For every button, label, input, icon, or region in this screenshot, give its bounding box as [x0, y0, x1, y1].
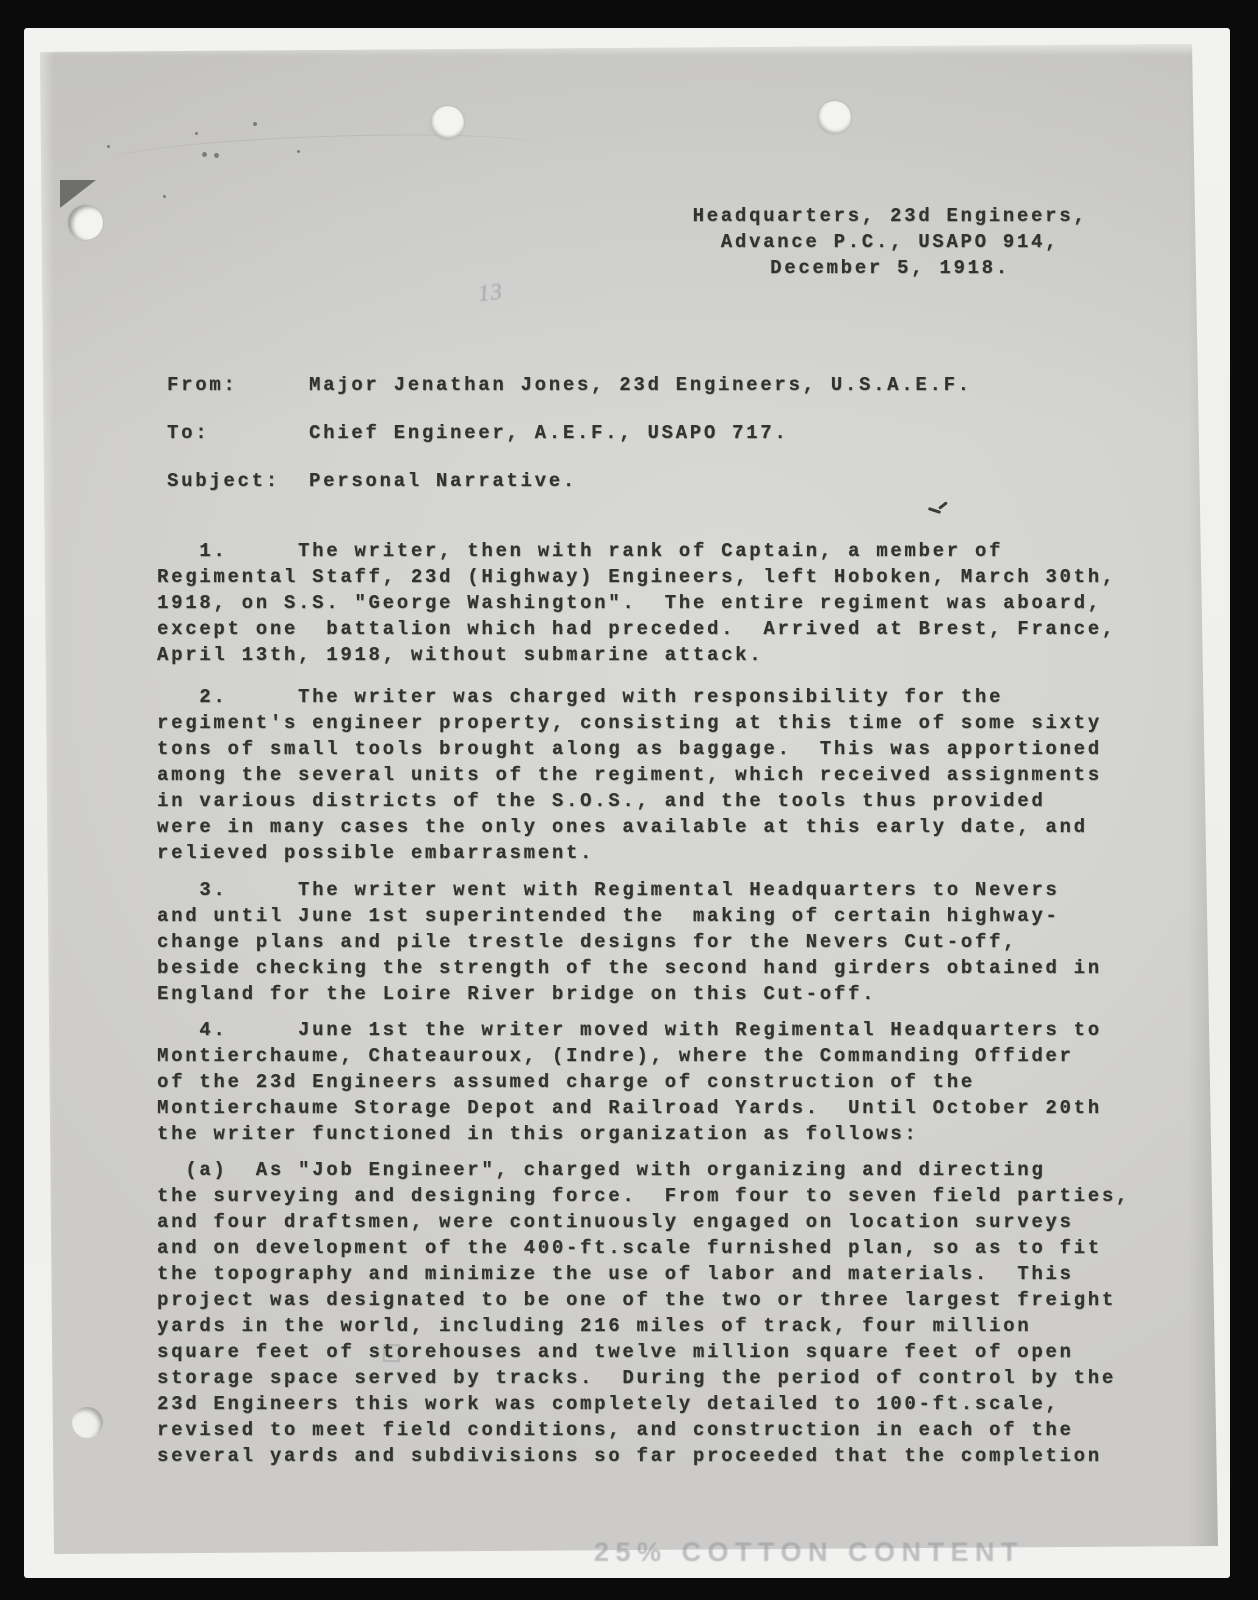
- address-row-label: Subject:: [167, 468, 309, 494]
- typed-line: Montierchaume, Chateauroux, (Indre), whe…: [157, 1043, 1152, 1069]
- paper-watermark: 25% COTTON CONTENT: [594, 1537, 1024, 1568]
- ink-speck: [195, 132, 198, 135]
- typed-line: regiment's engineer property, consisting…: [157, 710, 1152, 736]
- typed-line: (a) As "Job Engineer", charged with orga…: [157, 1157, 1152, 1183]
- letter-paragraph: (a) As "Job Engineer", charged with orga…: [157, 1157, 1152, 1469]
- typed-line: December 5, 1918.: [600, 255, 1180, 281]
- address-row-label: To:: [167, 420, 309, 446]
- typed-line: Montierchaume Storage Depot and Railroad…: [157, 1095, 1152, 1121]
- typed-line: 1918, on S.S. "George Washington". The e…: [157, 590, 1152, 616]
- folded-corner-mark: [60, 180, 96, 208]
- typed-line: several yards and subdivisions so far pr…: [157, 1443, 1152, 1469]
- typed-line: England for the Loire River bridge on th…: [157, 981, 1152, 1007]
- typed-line: 2. The writer was charged with responsib…: [157, 684, 1152, 710]
- ink-speck: [163, 195, 166, 198]
- faint-pencil-mark: 13: [477, 279, 505, 307]
- typed-line: 23d Engineers this work was completely d…: [157, 1391, 1152, 1417]
- typed-line: project was designated to be one of the …: [157, 1287, 1152, 1313]
- typed-line: were in many cases the only ones availab…: [157, 814, 1152, 840]
- typed-line: relieved possible embarrasment.: [157, 840, 1152, 866]
- typed-line: Regimental Staff, 23d (Highway) Engineer…: [157, 564, 1152, 590]
- typed-line: storage space served by tracks. During t…: [157, 1365, 1152, 1391]
- address-row: From:Major Jenathan Jones, 23d Engineers…: [167, 372, 972, 398]
- address-row: Subject:Personal Narrative.: [167, 468, 972, 494]
- typed-line: and on development of the 400-ft.scale f…: [157, 1235, 1152, 1261]
- ink-speck: [107, 145, 110, 148]
- typed-line: the writer functioned in this organizati…: [157, 1121, 1152, 1147]
- typed-line: Headquarters, 23d Engineers,: [600, 203, 1180, 229]
- punch-hole: [818, 101, 851, 134]
- address-row-value: Personal Narrative.: [309, 468, 577, 494]
- scan-background: 13 Headquarters, 23d Engineers,Advance P…: [0, 0, 1258, 1600]
- ink-speck: [253, 122, 257, 126]
- typed-line: tons of small tools brought along as bag…: [157, 736, 1152, 762]
- typed-line: except one battalion which had preceded.…: [157, 616, 1152, 642]
- letter-paragraph: 4. June 1st the writer moved with Regime…: [157, 1017, 1152, 1147]
- paper-crease: [108, 129, 539, 179]
- letter-body: 1. The writer, then with rank of Captain…: [157, 538, 1152, 1469]
- typed-line: revised to meet field conditions, and co…: [157, 1417, 1152, 1443]
- letterhead-block: Headquarters, 23d Engineers,Advance P.C.…: [600, 203, 1180, 281]
- punch-hole: [68, 205, 103, 240]
- typed-line: of the 23d Engineers assumed charge of c…: [157, 1069, 1152, 1095]
- document-page: 13 Headquarters, 23d Engineers,Advance P…: [38, 44, 1218, 1554]
- ink-speck: [214, 153, 219, 158]
- typed-line: beside checking the strength of the seco…: [157, 955, 1152, 981]
- typed-line: in various districts of the S.O.S., and …: [157, 788, 1152, 814]
- ink-speck: [297, 150, 300, 153]
- typed-line: the surveying and designing force. From …: [157, 1183, 1152, 1209]
- typed-line: among the several units of the regiment,…: [157, 762, 1152, 788]
- typed-line: 1. The writer, then with rank of Captain…: [157, 538, 1152, 564]
- letter-paragraph: 3. The writer went with Regimental Headq…: [157, 877, 1152, 1007]
- typed-line: and until June 1st superintended the mak…: [157, 903, 1152, 929]
- letter-paragraph: 2. The writer was charged with responsib…: [157, 684, 1152, 866]
- address-row-value: Major Jenathan Jones, 23d Engineers, U.S…: [309, 372, 972, 398]
- typed-line: the topography and minimize the use of l…: [157, 1261, 1152, 1287]
- typed-line: 4. June 1st the writer moved with Regime…: [157, 1017, 1152, 1043]
- punch-hole: [431, 106, 464, 139]
- typed-line: square feet of storehouses and twelve mi…: [157, 1339, 1152, 1365]
- typed-line: 3. The writer went with Regimental Headq…: [157, 877, 1152, 903]
- address-row-value: Chief Engineer, A.E.F., USAPO 717.: [309, 420, 788, 446]
- typed-line: change plans and pile trestle designs fo…: [157, 929, 1152, 955]
- punch-hole: [72, 1407, 103, 1438]
- letter-paragraph: 1. The writer, then with rank of Captain…: [157, 538, 1152, 668]
- ink-speck: [202, 152, 207, 157]
- typed-line: Advance P.C., USAPO 914,: [600, 229, 1180, 255]
- typed-line: yards in the world, including 216 miles …: [157, 1313, 1152, 1339]
- typed-line: and four draftsmen, were continuously en…: [157, 1209, 1152, 1235]
- typed-line: April 13th, 1918, without submarine atta…: [157, 642, 1152, 668]
- address-row: To:Chief Engineer, A.E.F., USAPO 717.: [167, 420, 972, 446]
- address-block: From:Major Jenathan Jones, 23d Engineers…: [167, 372, 972, 516]
- address-row-label: From:: [167, 372, 309, 398]
